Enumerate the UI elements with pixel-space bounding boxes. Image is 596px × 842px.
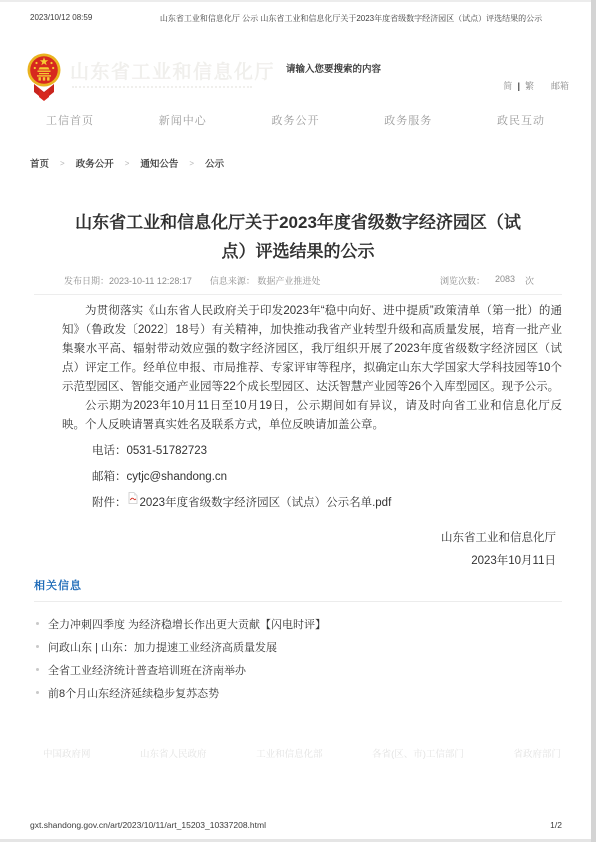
print-url: gxt.shandong.gov.cn/art/2023/10/11/art_1… [30, 820, 266, 830]
search-box [286, 58, 456, 80]
language-switcher: 简 | 繁 邮箱 [503, 79, 569, 92]
footer-links: 中国政府网 山东省人民政府 工业和信息化部 各省(区、市)工信部门 省政府部门 … [43, 746, 596, 760]
email-line: 邮箱：cytjc@shandong.cn [62, 468, 562, 487]
window-edge-right [591, 0, 596, 842]
main-nav: 工信首页 新闻中心 政务公开 政务服务 政民互动 [0, 112, 591, 128]
footer-link-gov-depts[interactable]: 省政府部门 [513, 746, 561, 760]
attachment-link[interactable]: 2023年度省级数字经济园区（试点）公示名单.pdf [127, 494, 392, 513]
article: 山东省工业和信息化厅关于2023年度省级数字经济园区（试点）评选结果的公示 发布… [34, 196, 562, 573]
breadcrumb-notices[interactable]: 通知公告 [140, 156, 178, 170]
footer-link-gov-cn[interactable]: 中国政府网 [43, 746, 91, 760]
nav-item-gov-disclosure[interactable]: 政务公开 [272, 112, 320, 128]
breadcrumb-home[interactable]: 首页 [30, 156, 49, 170]
language-separator: | [517, 81, 520, 91]
related-info-title: 相关信息 [34, 577, 562, 593]
nav-item-home[interactable]: 工信首页 [46, 112, 94, 128]
mailbox-link[interactable]: 邮箱 [551, 79, 569, 92]
traditional-chinese-link[interactable]: 繁 [525, 79, 534, 92]
views-label: 浏览次数： [440, 274, 485, 287]
print-datetime: 2023/10/12 08:59 [30, 13, 140, 24]
views-count: 2083 [495, 274, 515, 287]
related-item[interactable]: 问政山东 | 山东：加力提速工业经济高质量发展 [36, 637, 562, 660]
nav-item-gov-services[interactable]: 政务服务 [384, 112, 432, 128]
search-input[interactable] [286, 58, 456, 80]
info-source: 信息来源： 数据产业推进处 [210, 274, 321, 287]
national-emblem-icon [27, 51, 61, 108]
related-info-section: 相关信息 全力冲刺四季度 为经济稳增长作出更大贡献【闪电时评】 问政山东 | 山… [34, 577, 562, 706]
related-list: 全力冲刺四季度 为经济稳增长作出更大贡献【闪电时评】 问政山东 | 山东：加力提… [34, 614, 562, 706]
breadcrumb-separator: > [60, 159, 65, 168]
article-body: 为贯彻落实《山东省人民政府关于印发2023年“稳中向好、进中提质”政策清单（第一… [34, 302, 562, 573]
page: 2023/10/12 08:59 山东省工业和信息化厅 公示 山东省工业和信息化… [0, 0, 596, 842]
views-unit: 次 [525, 274, 534, 287]
nav-item-interaction[interactable]: 政民互动 [497, 112, 545, 128]
breadcrumb: 首页 > 政务公开 > 通知公告 > 公示 [30, 156, 224, 170]
article-paragraph: 公示期为2023年10月11日至10月19日，公示期间如有异议，请及时向省工业和… [62, 397, 562, 435]
breadcrumb-separator: > [189, 159, 194, 168]
breadcrumb-gov-disclosure[interactable]: 政务公开 [76, 156, 114, 170]
related-item[interactable]: 全力冲刺四季度 为经济稳增长作出更大贡献【闪电时评】 [36, 614, 562, 637]
breadcrumb-announcement[interactable]: 公示 [205, 156, 224, 170]
window-edge-top [0, 0, 591, 2]
phone-line: 电话：0531-51782723 [62, 442, 562, 461]
related-item[interactable]: 全省工业经济统计普查培训班在济南举办 [36, 660, 562, 683]
print-page-number: 1/2 [550, 820, 562, 830]
nav-item-news[interactable]: 新闻中心 [159, 112, 207, 128]
signature-org: 山东省工业和信息化厅 [62, 527, 556, 550]
related-divider [34, 601, 562, 602]
footer-link-provincial-depts[interactable]: 各省(区、市)工信部门 [372, 746, 464, 760]
site-title: 山东省工业和信息化厅 [70, 57, 275, 84]
simplified-chinese-link[interactable]: 简 [503, 79, 512, 92]
pdf-file-icon [128, 492, 138, 511]
publish-date: 发布日期：2023-10-11 12:28:17 [64, 274, 192, 287]
article-title: 山东省工业和信息化厅关于2023年度省级数字经济园区（试点）评选结果的公示 [34, 208, 562, 266]
signature-block: 山东省工业和信息化厅 2023年10月11日 [62, 527, 562, 573]
footer-link-shandong-gov[interactable]: 山东省人民政府 [140, 746, 207, 760]
attachment-label: 附件： [92, 494, 127, 513]
print-doc-title: 山东省工业和信息化厅 公示 山东省工业和信息化厅关于2023年度省级数字经济园区… [140, 13, 562, 24]
print-header: 2023/10/12 08:59 山东省工业和信息化厅 公示 山东省工业和信息化… [30, 13, 562, 24]
print-footer: gxt.shandong.gov.cn/art/2023/10/11/art_1… [30, 820, 562, 830]
attachment-line: 附件： 2023年度省级数字经济园区（试点）公示名单.pdf [62, 494, 562, 513]
meta-divider [34, 294, 562, 295]
breadcrumb-separator: > [125, 159, 130, 168]
signature-date: 2023年10月11日 [62, 550, 556, 573]
footer-link-miit[interactable]: 工业和信息化部 [256, 746, 323, 760]
article-paragraph: 为贯彻落实《山东省人民政府关于印发2023年“稳中向好、进中提质”政策清单（第一… [62, 302, 562, 397]
related-item[interactable]: 前8个月山东经济延续稳步复苏态势 [36, 683, 562, 706]
attachment-name: 2023年度省级数字经济园区（试点）公示名单.pdf [140, 494, 392, 513]
site-title-subtitle-decoration [72, 86, 252, 88]
article-meta: 发布日期：2023-10-11 12:28:17 信息来源： 数据产业推进处 浏… [34, 274, 562, 287]
